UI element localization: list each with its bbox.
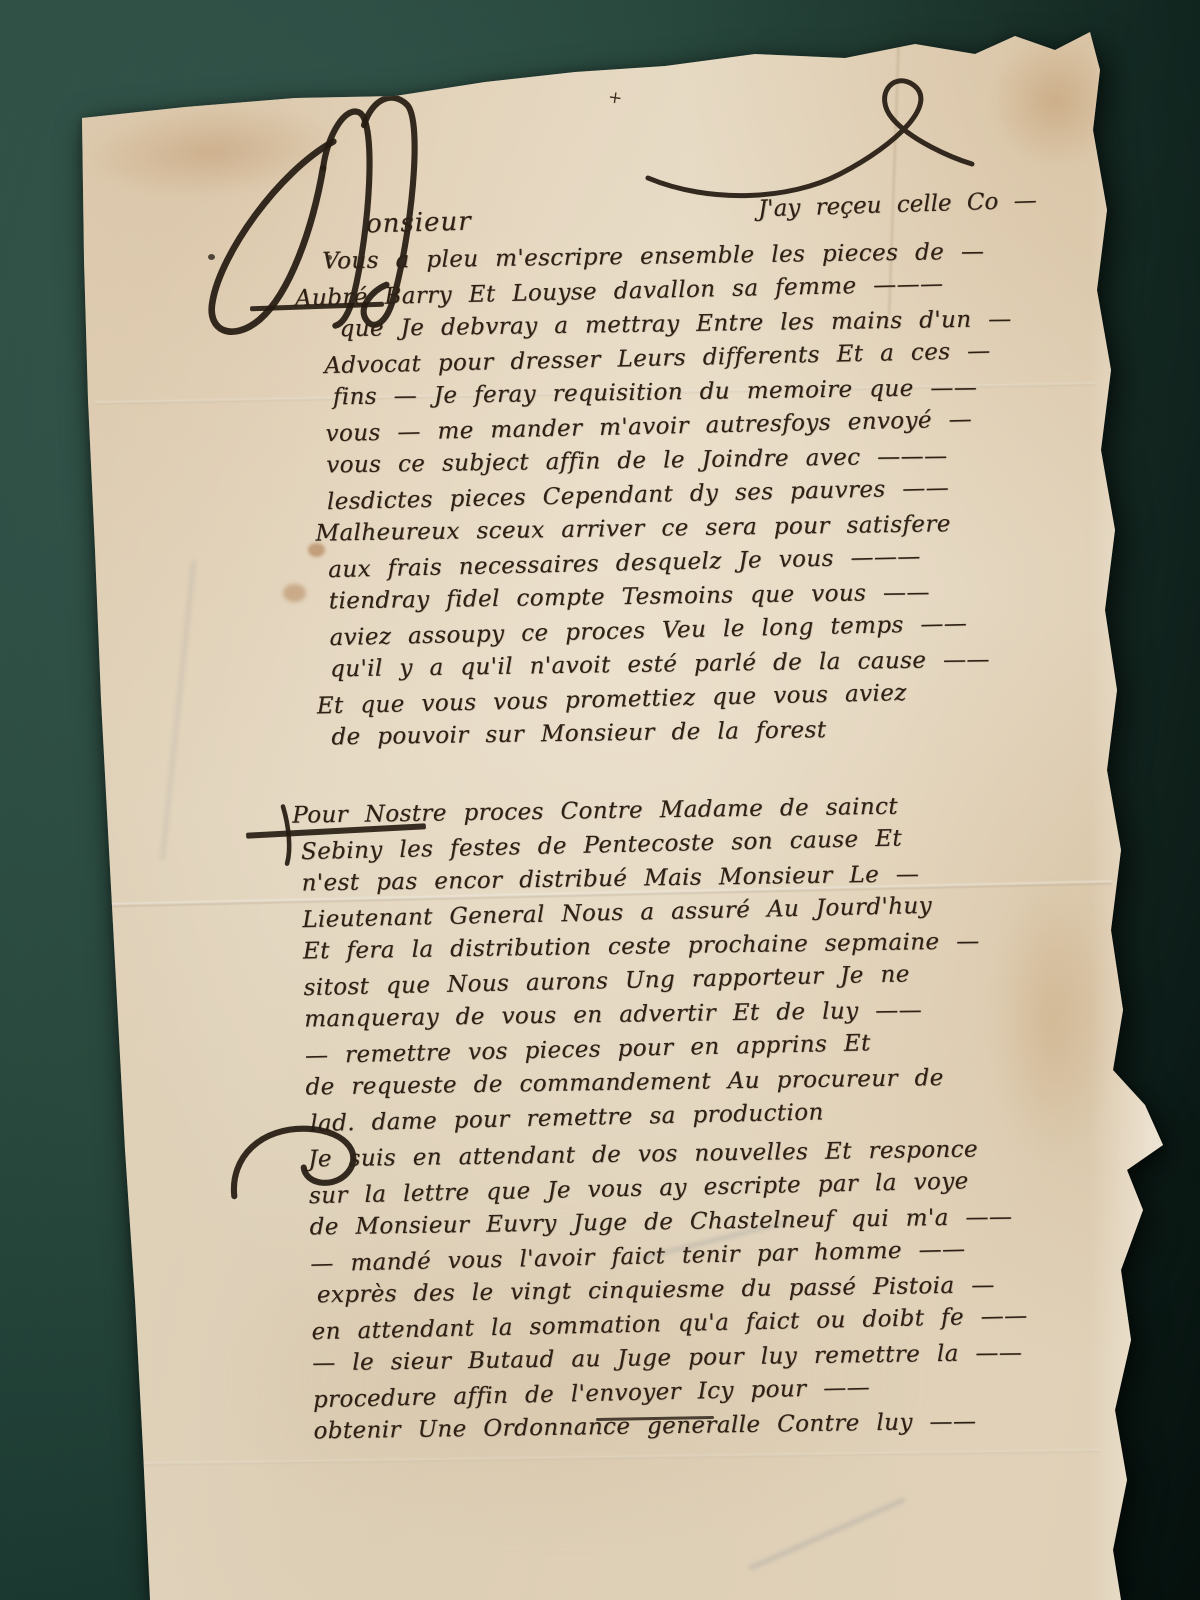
manuscript-page: + onsieur J'ay reçeu celle Co — Vous a p… (0, 0, 1200, 1600)
paragraph-1: Vous a pleu m'escripre ensemble les piec… (322, 233, 1020, 756)
paper-shadow-wrap: + onsieur J'ay reçeu celle Co — Vous a p… (0, 0, 1200, 1600)
paragraph-3: Je suis en attendant de vos nouvelles Et… (308, 1130, 1030, 1450)
deckle-edge-highlight-right (1090, 0, 1170, 1600)
paragraph-2: Pour Nostre proces Contre Madame de sain… (300, 787, 983, 1140)
photograph-of-manuscript: + onsieur J'ay reçeu celle Co — Vous a p… (0, 0, 1200, 1600)
opening-flourish (640, 62, 980, 212)
fold-crease (120, 1449, 1100, 1466)
stain-right-edge (995, 880, 1110, 1160)
verso-ink-showthrough (160, 561, 195, 860)
salutation: onsieur (366, 207, 472, 240)
cross-mark: + (607, 87, 624, 109)
stain-top-right (990, 36, 1120, 166)
stain-top-left (75, 97, 351, 208)
deckle-edge-highlight-top (60, 0, 1120, 54)
verso-ink-showthrough (749, 1498, 906, 1571)
salutation-rest: onsieur (366, 207, 472, 240)
opening-line: J'ay reçeu celle Co — (758, 188, 1037, 223)
rust-spot (283, 584, 306, 602)
ink-speck (208, 254, 215, 260)
